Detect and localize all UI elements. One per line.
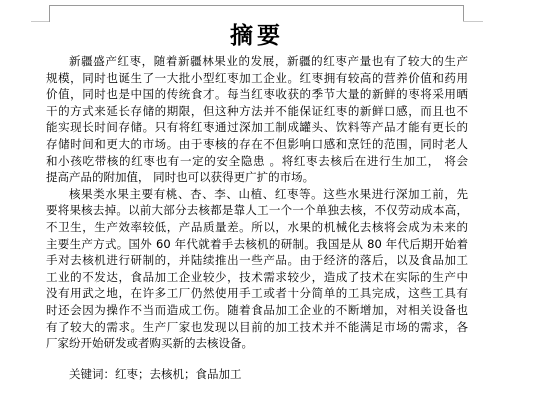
abstract-title: 摘要 (46, 22, 468, 50)
paragraph-line: 要将果核去掉。以前大部分去核都是靠人工一个一个单独去核，不仅劳动成本高， (46, 202, 468, 219)
paragraph-line: 规模，同时也诞生了一大批小型红枣加工企业。红枣拥有较高的营养价值和药用 (46, 70, 468, 87)
paragraph-line: 有了较大的需求。生产厂家也发现以目前的加工技术并不能满足市场的需求，各 (46, 319, 468, 336)
paragraph-line: 提高产品的附加值， 同时也可以获得更广扩的市场。 (46, 169, 468, 186)
paragraph-line: 存储时间和更大的市场。由于枣核的存在不但影响口感和烹饪的范围，同时老人 (46, 136, 468, 153)
paragraph-line: 价值，同时也是中国的传统食才。每当红枣收获的季节大量的新鲜的枣将采用晒 (46, 86, 468, 103)
paragraph-line: 手对去核机进行研制的，并陆续推出一些产品。由于经济的落后，以及食品加工 (46, 252, 468, 269)
paragraph-line: 核果类水果主要有桃、杏、李、山植、红枣等。这些水果进行深加工前，先 (46, 186, 468, 203)
paragraph-line: 能实现长时间存储。只有将红枣通过深加工制成罐头、饮料等产品才能有更长的 (46, 119, 468, 136)
paragraph-line: 没有用武之地，在许多工厂仍然使用手工或者十分简单的工具完成，这些工具有 (46, 285, 468, 302)
paragraph-line: 主要生产方式。国外 60 年代就着手去核机的研制。我国是从 80 年代后期开始着 (46, 236, 468, 253)
paragraph-line: 不卫生，生产效率较低，产品质量差。所以，水果的机械化去核将会成为未来的 (46, 219, 468, 236)
paragraph-line: 时还会因为操作不当而造成工伤。随着食品加工企业的不断增加，对相关设备也 (46, 302, 468, 319)
right-margin-corner-mark (463, 5, 464, 22)
paragraph-line: 干的方式来延长存储的期限，但这种方法并不能保证红枣的新鲜口感，而且也不 (46, 103, 468, 120)
document-text-area[interactable]: 摘要 新疆盛产红枣，随着新疆林果业的发展，新疆的红枣产量也有了较大的生产 规模，… (46, 22, 468, 382)
document-page: 摘要 新疆盛产红枣，随着新疆林果业的发展，新疆的红枣产量也有了较大的生产 规模，… (0, 0, 540, 409)
abstract-paragraph-2: 核果类水果主要有桃、杏、李、山植、红枣等。这些水果进行深加工前，先 要将果核去掉… (46, 186, 468, 352)
paragraph-line: 厂家纷开始研发或者购买新的去核设备。 (46, 335, 468, 352)
paragraph-line: 和小孩吃带核的红枣也有一定的安全隐患 。将红枣去核后在进行生加工， 将会 (46, 153, 468, 170)
left-margin-corner-mark (49, 5, 50, 22)
paragraph-line: 工业的不发达，食品加工企业较少，技术需求较少，造成了技术在实际的生产中 (46, 269, 468, 286)
paragraph-line: 新疆盛产红枣，随着新疆林果业的发展，新疆的红枣产量也有了较大的生产 (46, 53, 468, 70)
abstract-paragraph-1: 新疆盛产红枣，随着新疆林果业的发展，新疆的红枣产量也有了较大的生产 规模，同时也… (46, 53, 468, 186)
top-margin-boundary-line (49, 5, 463, 6)
keywords-line: 关键词：红枣；去核机；食品加工 (46, 366, 468, 383)
